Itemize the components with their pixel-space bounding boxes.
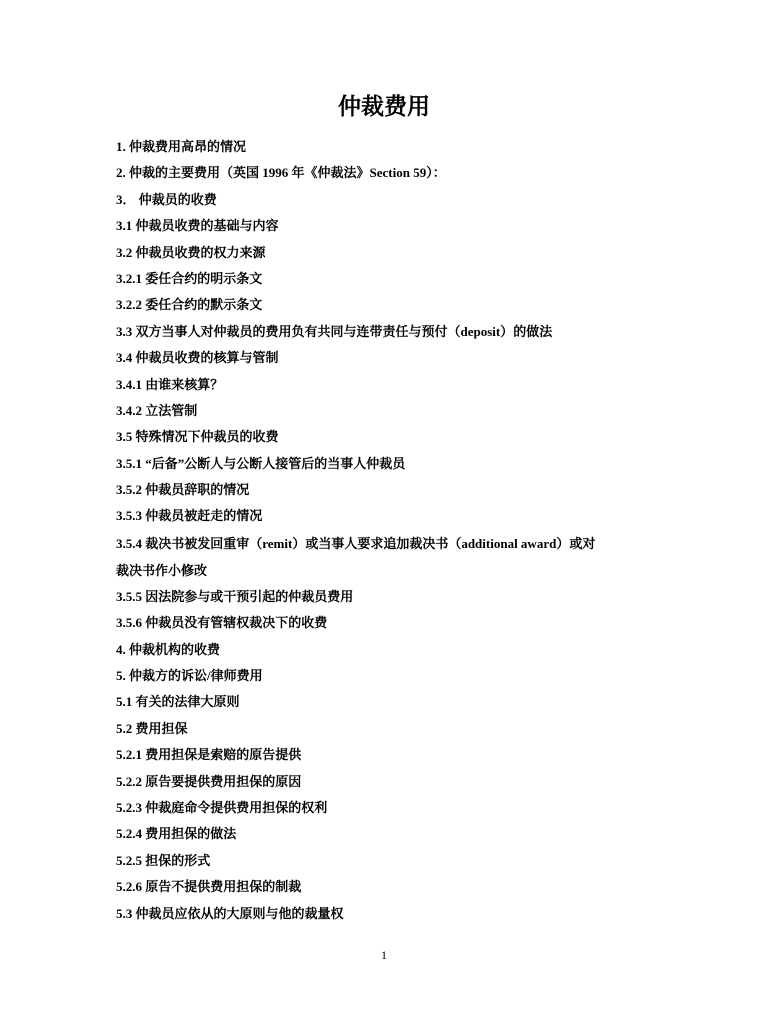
toc-item: 1. 仲裁费用高昂的情况 — [116, 134, 656, 160]
toc-item: 3． 仲裁员的收费 — [116, 187, 656, 213]
page-number: 1 — [0, 948, 768, 963]
toc-item: 5.1 有关的法律大原则 — [116, 689, 656, 715]
toc-item: 3.4.1 由谁来核算？ — [116, 372, 656, 398]
toc-item: 5.2.5 担保的形式 — [116, 848, 656, 874]
toc-item: 5.2.1 费用担保是索赔的原告提供 — [116, 742, 656, 768]
document-title: 仲裁费用 — [0, 92, 768, 122]
toc-item: 5.2 费用担保 — [116, 716, 656, 742]
toc-item-text: 3.5.4 裁决书被发回重审（remit）或当事人要求追加裁决书（additio… — [116, 536, 595, 551]
toc-item: 3.1 仲裁员收费的基础与内容 — [116, 213, 656, 239]
toc-item-wrapped: 3.5.4 裁决书被发回重审（remit）或当事人要求追加裁决书（additio… — [116, 530, 656, 584]
toc-item: 3.5.5 因法院参与或干预引起的仲裁员费用 — [116, 584, 656, 610]
toc-item: 3.2.2 委任合约的默示条文 — [116, 292, 656, 318]
toc-item: 4. 仲裁机构的收费 — [116, 637, 656, 663]
toc-item: 5.2.3 仲裁庭命令提供费用担保的权利 — [116, 795, 656, 821]
toc-item: 3.5.1 “后备”公断人与公断人接管后的当事人仲裁员 — [116, 451, 656, 477]
toc-item-continuation: 裁决书作小修改 — [116, 557, 656, 584]
toc-item: 3.4 仲裁员收费的核算与管制 — [116, 345, 656, 371]
toc-item: 3.5.2 仲裁员辞职的情况 — [116, 477, 656, 503]
toc-item: 3.4.2 立法管制 — [116, 398, 656, 424]
toc-item: 3.2 仲裁员收费的权力来源 — [116, 240, 656, 266]
toc-item: 3.3 双方当事人对仲裁员的费用负有共同与连带责任与预付（deposit）的做法 — [116, 319, 656, 345]
toc-item: 3.5.3 仲裁员被赶走的情况 — [116, 503, 656, 529]
document-page: 仲裁费用 1. 仲裁费用高昂的情况 2. 仲裁的主要费用（英国 1996 年《仲… — [0, 0, 768, 1024]
toc-item: 5.2.6 原告不提供费用担保的制裁 — [116, 874, 656, 900]
toc-item: 2. 仲裁的主要费用（英国 1996 年《仲裁法》Section 59）： — [116, 160, 656, 186]
toc-item: 5.3 仲裁员应依从的大原则与他的裁量权 — [116, 901, 656, 927]
toc-item: 5.2.2 原告要提供费用担保的原因 — [116, 769, 656, 795]
toc-item: 5.2.4 费用担保的做法 — [116, 821, 656, 847]
toc-item: 3.5.6 仲裁员没有管辖权裁决下的收费 — [116, 610, 656, 636]
toc-item: 3.5 特殊情况下仲裁员的收费 — [116, 424, 656, 450]
toc-item: 5. 仲裁方的诉讼/律师费用 — [116, 663, 656, 689]
table-of-contents: 1. 仲裁费用高昂的情况 2. 仲裁的主要费用（英国 1996 年《仲裁法》Se… — [116, 134, 656, 927]
toc-item: 3.2.1 委任合约的明示条文 — [116, 266, 656, 292]
